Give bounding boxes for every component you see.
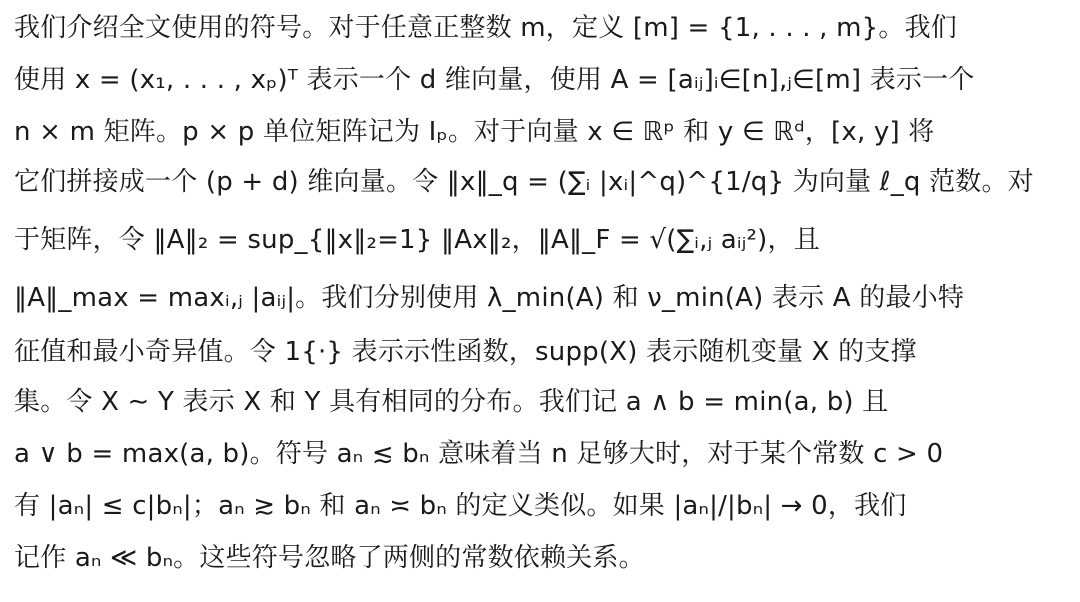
text-line-4: 它们拼接成一个 (p + d) 维向量。令 ‖x‖_q = (∑ᵢ |xᵢ|^q… (14, 160, 1034, 204)
text-line-7: 征值和最小奇异值。令 1{·} 表示示性函数，supp(X) 表示随机变量 X … (14, 330, 917, 374)
notation-paragraph: 我们介绍全文使用的符号。对于任意正整数 m，定义 [m] = {1, . . .… (0, 0, 1080, 602)
text-line-11: 记作 aₙ ≪ bₙ。这些符号忽略了两侧的常数依赖关系。 (14, 536, 645, 580)
text-line-2: 使用 x = (x₁, . . . , xₚ)ᵀ 表示一个 d 维向量，使用 A… (14, 58, 975, 102)
text-line-6: ‖A‖_max = maxᵢ,ⱼ |aᵢⱼ|。我们分别使用 λ_min(A) 和… (14, 276, 964, 320)
text-line-10: 有 |aₙ| ≤ c|bₙ|；aₙ ≳ bₙ 和 aₙ ≍ bₙ 的定义类似。如… (14, 484, 906, 528)
text-line-8: 集。令 X ∼ Y 表示 X 和 Y 具有相同的分布。我们记 a ∧ b = m… (14, 380, 888, 424)
text-line-5: 于矩阵，令 ‖A‖₂ = sup_{‖x‖₂=1} ‖Ax‖₂，‖A‖_F = … (14, 218, 820, 262)
text-line-3: n × m 矩阵。p × p 单位矩阵记为 Iₚ。对于向量 x ∈ ℝᵖ 和 y… (14, 110, 934, 154)
text-line-1: 我们介绍全文使用的符号。对于任意正整数 m，定义 [m] = {1, . . .… (14, 6, 957, 50)
text-line-9: a ∨ b = max(a, b)。符号 aₙ ≲ bₙ 意味着当 n 足够大时… (14, 432, 943, 476)
